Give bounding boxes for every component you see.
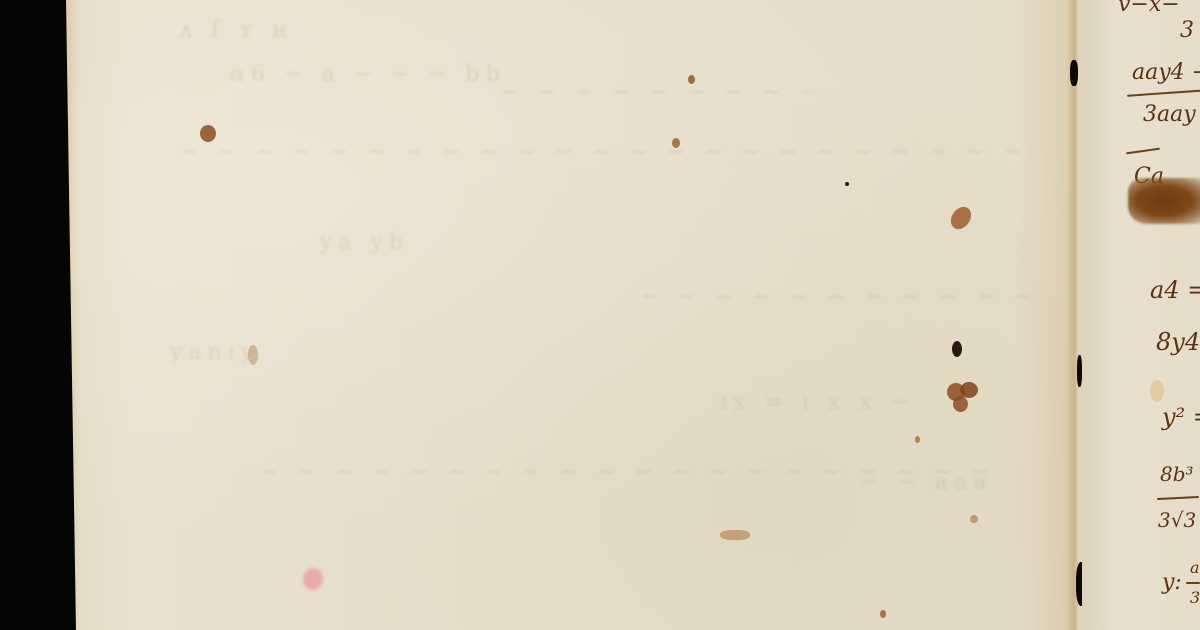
math-line: a4 = [1150, 278, 1200, 302]
fraction-bar [1186, 582, 1200, 584]
ink-smudge [1128, 178, 1200, 224]
math-line: v−x− [1118, 0, 1180, 16]
math-line: 3aay [1143, 104, 1196, 126]
math-line: a [1190, 560, 1200, 576]
bleed-through-text: ~ ~ aaa [860, 470, 992, 495]
ink-spot [953, 396, 968, 412]
math-line: y² = [1162, 405, 1200, 429]
math-line: 8b³ [1160, 464, 1194, 484]
ink-spot [720, 530, 750, 540]
ink-spot [248, 345, 258, 365]
ink-spot [915, 436, 920, 443]
binding-hole [1070, 60, 1078, 86]
ink-spot [1150, 380, 1164, 402]
bleed-through-text: yanɪy [170, 340, 259, 365]
red-mark [303, 568, 323, 590]
bleed-through-text: ɪx = ɪ x x ~ [720, 390, 915, 415]
bleed-through-text: ~ ~ ~ ~ ~ ~ ~ ~ ~ ~ ~ [640, 285, 1039, 310]
bleed-through-text: α6 ~ a ~ ~ ~ bb [230, 62, 506, 87]
ink-spot [200, 125, 216, 142]
bleed-through-text: ᴧ ſ ʏ ʜ [180, 18, 293, 43]
ink-spot [688, 75, 695, 84]
math-line: 3 [1190, 590, 1200, 606]
ink-spot [952, 341, 962, 357]
math-line: aay4 − [1132, 62, 1200, 84]
bleed-through-text: ~ ~ ~ ~ ~ ~ ~ ~ ~ ~ ~ ~ ~ ~ ~ ~ ~ ~ ~ ~ … [180, 140, 1028, 165]
bleed-through-text: ya yb [320, 230, 409, 255]
bleed-through-text: ~ ~ ~ ~ ~ ~ ~ ~ ~ [500, 80, 824, 105]
ink-spot [970, 515, 978, 523]
math-line: 8y4 [1156, 330, 1200, 354]
math-line: 3 [1180, 20, 1194, 42]
math-line: y: [1162, 572, 1182, 594]
math-line: 3√3 [1158, 510, 1196, 530]
ink-spot [880, 610, 886, 618]
ink-spot [672, 138, 680, 148]
scan-background [0, 0, 75, 630]
ink-spot [845, 182, 849, 186]
